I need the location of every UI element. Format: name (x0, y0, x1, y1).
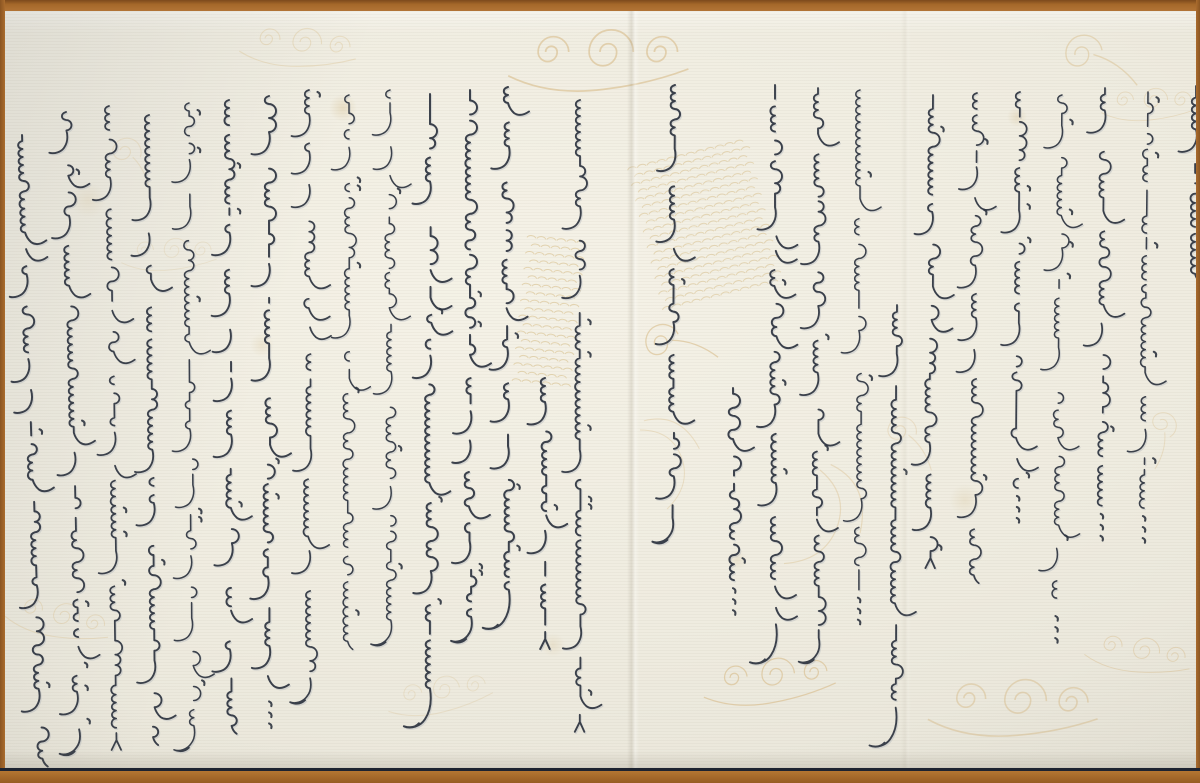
column-ink (404, 94, 452, 727)
ink-dot (47, 683, 50, 688)
ink-dot (1101, 514, 1103, 519)
ink-dot (1068, 274, 1070, 279)
ink-dot (399, 564, 401, 569)
watermark-path (385, 670, 495, 720)
watermark-motif-cloud (238, 22, 358, 74)
column-ink-shadow (1180, 87, 1196, 283)
ink-dot (398, 189, 400, 194)
watermark-motif-cloud (1083, 628, 1194, 682)
watermark-path (512, 235, 586, 387)
ink-dot (555, 505, 557, 510)
ink-dot (238, 163, 240, 168)
ink-dot (1028, 238, 1030, 243)
column-ink (1127, 92, 1169, 508)
ink-dot (479, 322, 481, 327)
watermark-motif-scales (512, 235, 586, 387)
ink-dot (1156, 153, 1158, 158)
ink-dot (589, 690, 591, 695)
watermark-motif-cloud (385, 670, 495, 720)
script-column (528, 378, 569, 650)
ink-dot (40, 429, 43, 434)
watermark-motif-cloud (927, 676, 1099, 739)
ink-dot (1027, 204, 1029, 209)
watermark-path (1083, 628, 1194, 682)
ink-dot (588, 425, 590, 430)
ink-dot (517, 484, 519, 489)
ink-dot (588, 320, 590, 325)
ink-dot (588, 352, 590, 357)
ink-dot (984, 475, 986, 480)
ink-dot (480, 564, 482, 569)
ink-dot (733, 610, 735, 615)
column-ink (130, 115, 176, 745)
ink-dot (682, 279, 684, 284)
script-column (1082, 88, 1128, 541)
script-column (1038, 95, 1084, 643)
ink-dot (269, 713, 271, 718)
ink-dot (826, 335, 828, 340)
paper-sheet (5, 11, 1196, 768)
script-column (5, 134, 64, 768)
ink-dot (1154, 352, 1156, 357)
column-ink-shadow (800, 89, 841, 664)
ink-dot (1017, 507, 1019, 512)
ink-dot (86, 601, 89, 606)
watermark-path (881, 415, 941, 471)
column-ink (371, 90, 411, 646)
ink-dot (124, 532, 127, 537)
script-columns-layer (5, 85, 1196, 768)
ink-dot (516, 333, 518, 338)
ink-dot (87, 719, 90, 724)
script-column (483, 87, 530, 630)
script-column (210, 100, 253, 735)
watermark-path (508, 30, 688, 91)
watermark-motif-cloud (702, 654, 837, 708)
script-column (728, 388, 755, 615)
column-ink-shadow (291, 91, 332, 705)
ink-dot (356, 610, 358, 615)
ink-dot (1111, 426, 1113, 431)
column-ink (869, 305, 917, 747)
ink-dot (904, 469, 906, 474)
ink-dot (783, 380, 785, 385)
script-column (1126, 92, 1170, 543)
column-ink-shadow (251, 97, 292, 695)
ink-dot (589, 497, 591, 502)
ink-dot (269, 724, 271, 729)
script-column (332, 95, 372, 651)
ink-dot (939, 545, 941, 550)
watermark-motif-cloud (508, 30, 688, 91)
ink-dot (438, 599, 440, 604)
ink-dot (479, 292, 481, 297)
ink-dot (1055, 627, 1057, 632)
ink-dot (784, 469, 786, 474)
column-ink (1082, 88, 1127, 506)
ink-dot (269, 702, 271, 707)
script-column (250, 96, 292, 728)
ink-dot (358, 263, 360, 268)
ink-dot (238, 209, 240, 214)
watermark-motif-swirl (881, 415, 941, 471)
ink-dot (123, 580, 126, 585)
watermark-motif-cloud (5, 589, 114, 650)
ink-dot (198, 148, 200, 153)
script-column (371, 90, 412, 647)
ink-dot (1055, 638, 1057, 643)
script-column (451, 90, 492, 644)
ink-dot (517, 546, 519, 551)
ink-dot (1101, 525, 1103, 530)
script-column (404, 94, 454, 729)
manuscript-art-svg (5, 11, 1196, 768)
ink-dot (825, 446, 827, 451)
script-column (290, 90, 332, 705)
script-column (750, 85, 799, 665)
ink-dot (276, 459, 278, 464)
column-ink-shadow (171, 104, 216, 753)
ink-dot (124, 508, 127, 513)
column-ink (799, 88, 840, 663)
column-ink-shadow (563, 101, 602, 733)
ink-dot (197, 297, 199, 302)
ink-dot (1100, 536, 1102, 541)
ink-dot (858, 620, 860, 625)
ink-dot (869, 172, 871, 177)
ink-dot (358, 186, 360, 191)
column-ink (750, 85, 798, 663)
ink-dot (85, 663, 88, 668)
ink-dot (318, 92, 320, 97)
column-ink (250, 96, 291, 694)
ink-dot (1155, 243, 1157, 248)
ink-dot (984, 210, 986, 215)
script-column (999, 92, 1043, 523)
ink-dot (589, 504, 591, 509)
script-column (1179, 86, 1197, 283)
watermark-motif-scales (627, 138, 783, 310)
column-ink-shadow (212, 101, 254, 735)
ink-dot (239, 502, 241, 507)
ink-dot (1017, 518, 1019, 523)
watermark-path (1063, 27, 1137, 96)
watermark-path (5, 589, 114, 650)
ink-dot (1156, 97, 1158, 102)
ink-dot (733, 599, 735, 604)
ink-dot (1143, 538, 1145, 543)
ink-dot (870, 375, 872, 380)
ink-dot (82, 421, 85, 426)
ink-dot (858, 598, 860, 603)
ink-dot (480, 570, 482, 575)
ink-dot (199, 509, 201, 514)
ink-dot (1070, 242, 1072, 247)
watermark-path (702, 654, 837, 708)
ink-dot (1143, 527, 1145, 532)
frame-border-left (0, 0, 5, 783)
watermark-path (121, 238, 216, 270)
ink-dot (1017, 496, 1019, 501)
frame-border-top (0, 0, 1200, 11)
ink-dot (858, 609, 860, 614)
script-column (799, 88, 841, 665)
column-ink (911, 95, 955, 568)
ink-dot (1070, 120, 1072, 125)
ink-dot (733, 588, 735, 593)
frame-border-right (1196, 0, 1200, 783)
ink-dot (202, 680, 204, 685)
column-ink (170, 103, 215, 752)
paper-stain (329, 94, 357, 122)
ink-dot (358, 178, 360, 183)
column-ink (1039, 95, 1084, 608)
ink-dot (77, 169, 80, 174)
column-ink-shadow (372, 91, 412, 647)
script-column (130, 115, 177, 747)
ink-dot (1153, 458, 1155, 463)
watermark-path (238, 22, 358, 74)
column-ink-shadow (1000, 93, 1042, 489)
ink-dot (439, 497, 441, 502)
column-ink-shadow (452, 91, 492, 644)
ink-dot (985, 139, 987, 144)
frame-border-bottom (0, 771, 1200, 783)
column-ink (483, 87, 529, 629)
column-ink (5, 134, 63, 767)
script-column (170, 103, 216, 753)
column-ink (652, 85, 696, 544)
ink-dot (1028, 186, 1030, 191)
column-ink-shadow (1083, 89, 1128, 507)
script-column (841, 90, 882, 624)
column-ink (210, 100, 252, 734)
ink-dot (85, 685, 88, 690)
watermark-motif-swirl (1063, 27, 1137, 96)
ink-dot (399, 446, 401, 451)
watermark-path (927, 676, 1099, 739)
script-column (869, 305, 918, 748)
ink-dot (1027, 473, 1029, 478)
ink-dot (1055, 616, 1057, 621)
watermark-motif-cloud (121, 238, 216, 270)
script-column (562, 100, 602, 733)
ink-dot (1065, 535, 1067, 540)
ink-dot (1143, 516, 1145, 521)
manuscript-photo (0, 0, 1200, 783)
ink-dot (276, 494, 278, 499)
watermark-path (627, 138, 783, 310)
column-ink-shadow (5, 136, 64, 768)
ink-dot (783, 280, 785, 285)
ink-dot (162, 560, 164, 565)
ink-dot (198, 110, 200, 115)
column-ink (451, 90, 491, 643)
script-column (652, 85, 697, 545)
ink-dot (941, 127, 943, 132)
column-ink (528, 378, 568, 649)
ink-dot (199, 517, 201, 522)
column-ink-shadow (529, 379, 569, 650)
ink-dot (1070, 210, 1072, 215)
